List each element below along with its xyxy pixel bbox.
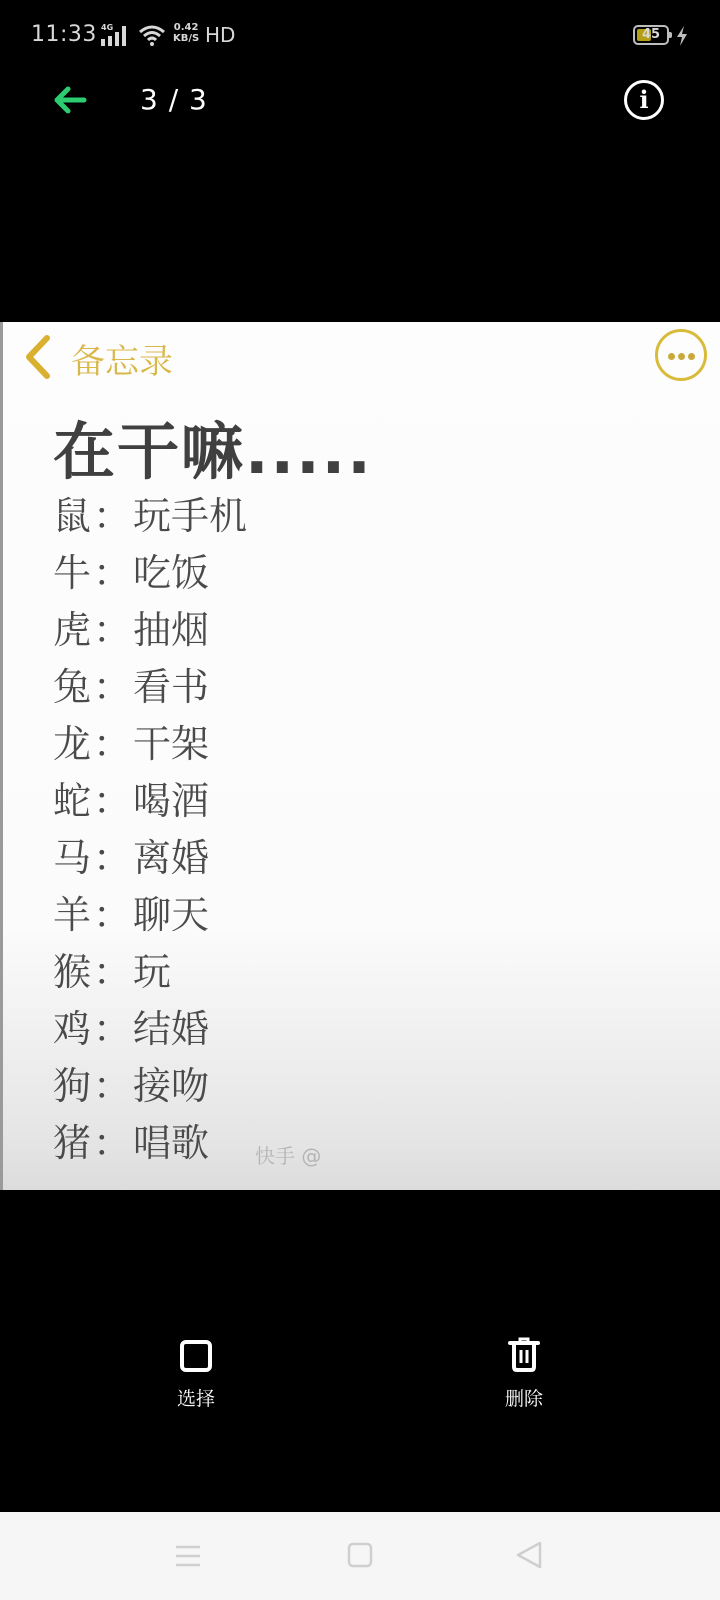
colon: ： (93, 777, 133, 825)
hd-indicator: HD (205, 23, 235, 47)
colon: ： (93, 549, 133, 597)
activity: 看书 (133, 663, 209, 711)
animal: 鼠 (53, 492, 93, 540)
animal: 羊 (53, 891, 93, 939)
info-button[interactable]: i (624, 80, 664, 120)
select-button[interactable]: 选择 (136, 1330, 256, 1411)
animal: 蛇 (53, 777, 93, 825)
home-icon[interactable] (340, 1538, 380, 1574)
battery-icon: 45 (633, 25, 669, 45)
status-time: 11:33 (31, 22, 97, 47)
viewer-header: 3 / 3 i (0, 72, 720, 132)
charging-bolt-icon (676, 26, 688, 46)
list-item: 狗：接吻 (53, 1062, 247, 1119)
cellular-signal-icon: 4G (101, 24, 131, 46)
select-label: 选择 (136, 1384, 256, 1411)
activity: 喝酒 (133, 777, 209, 825)
activity: 聊天 (133, 891, 209, 939)
list-item: 龙：干架 (53, 720, 247, 777)
animal: 虎 (53, 606, 93, 654)
battery-level: 45 (635, 27, 667, 43)
list-item: 兔：看书 (53, 663, 247, 720)
photo-image[interactable]: 备忘录 在干嘛..... 鼠：玩手机 牛：吃饭 虎：抽烟 兔：看书 龙：干架 蛇… (0, 322, 720, 1190)
animal: 鸡 (53, 1005, 93, 1053)
speed-value: 0.42 (173, 22, 199, 33)
activity: 干架 (133, 720, 209, 768)
activity: 玩手机 (133, 492, 247, 540)
memo-back-label: 备忘录 (71, 334, 173, 383)
list-item: 羊：聊天 (53, 891, 247, 948)
activity: 抽烟 (133, 606, 209, 654)
menu-icon[interactable] (168, 1538, 208, 1574)
list-item: 蛇：喝酒 (53, 777, 247, 834)
speed-unit: KB/S (173, 33, 199, 44)
list-item: 牛：吃饭 (53, 549, 247, 606)
list-item: 猴：玩 (53, 948, 247, 1005)
memo-back-chevron-icon (23, 332, 53, 382)
wifi-icon (139, 24, 165, 46)
activity: 离婚 (133, 834, 209, 882)
action-bar: 选择 删除 (0, 1330, 720, 1420)
activity: 唱歌 (133, 1119, 209, 1167)
colon: ： (93, 663, 133, 711)
trash-icon (508, 1336, 540, 1372)
colon: ： (93, 1062, 133, 1110)
back-triangle-icon[interactable] (510, 1538, 550, 1574)
more-options-icon (655, 329, 707, 381)
colon: ： (93, 720, 133, 768)
list-item: 马：离婚 (53, 834, 247, 891)
system-nav-bar (0, 1512, 720, 1600)
list-item: 鸡：结婚 (53, 1005, 247, 1062)
delete-label: 删除 (464, 1384, 584, 1411)
colon: ： (93, 1005, 133, 1053)
page-counter: 3 / 3 (140, 83, 208, 116)
select-square-icon (180, 1340, 212, 1372)
back-arrow-icon[interactable] (50, 80, 90, 120)
list-item: 猪：唱歌 (53, 1119, 247, 1176)
colon: ： (93, 891, 133, 939)
animal: 狗 (53, 1062, 93, 1110)
memo-heading: 在干嘛..... (53, 402, 373, 491)
animal: 猴 (53, 948, 93, 996)
colon: ： (93, 834, 133, 882)
colon: ： (93, 492, 133, 540)
delete-button[interactable]: 删除 (464, 1330, 584, 1411)
animal: 马 (53, 834, 93, 882)
animal: 兔 (53, 663, 93, 711)
activity: 接吻 (133, 1062, 209, 1110)
status-bar: 11:33 4G 0.42 KB/S HD 45 (0, 0, 720, 72)
watermark: 快手 @ (255, 1140, 321, 1169)
list-item: 鼠：玩手机 (53, 492, 247, 549)
activity: 结婚 (133, 1005, 209, 1053)
colon: ： (93, 948, 133, 996)
list-item: 虎：抽烟 (53, 606, 247, 663)
animal: 龙 (53, 720, 93, 768)
memo-list: 鼠：玩手机 牛：吃饭 虎：抽烟 兔：看书 龙：干架 蛇：喝酒 马：离婚 羊：聊天… (53, 492, 247, 1176)
colon: ： (93, 606, 133, 654)
activity: 吃饭 (133, 549, 209, 597)
activity: 玩 (133, 948, 171, 996)
animal: 猪 (53, 1119, 93, 1167)
network-speed: 0.42 KB/S (173, 22, 199, 44)
colon: ： (93, 1119, 133, 1167)
network-type: 4G (101, 23, 113, 32)
animal: 牛 (53, 549, 93, 597)
